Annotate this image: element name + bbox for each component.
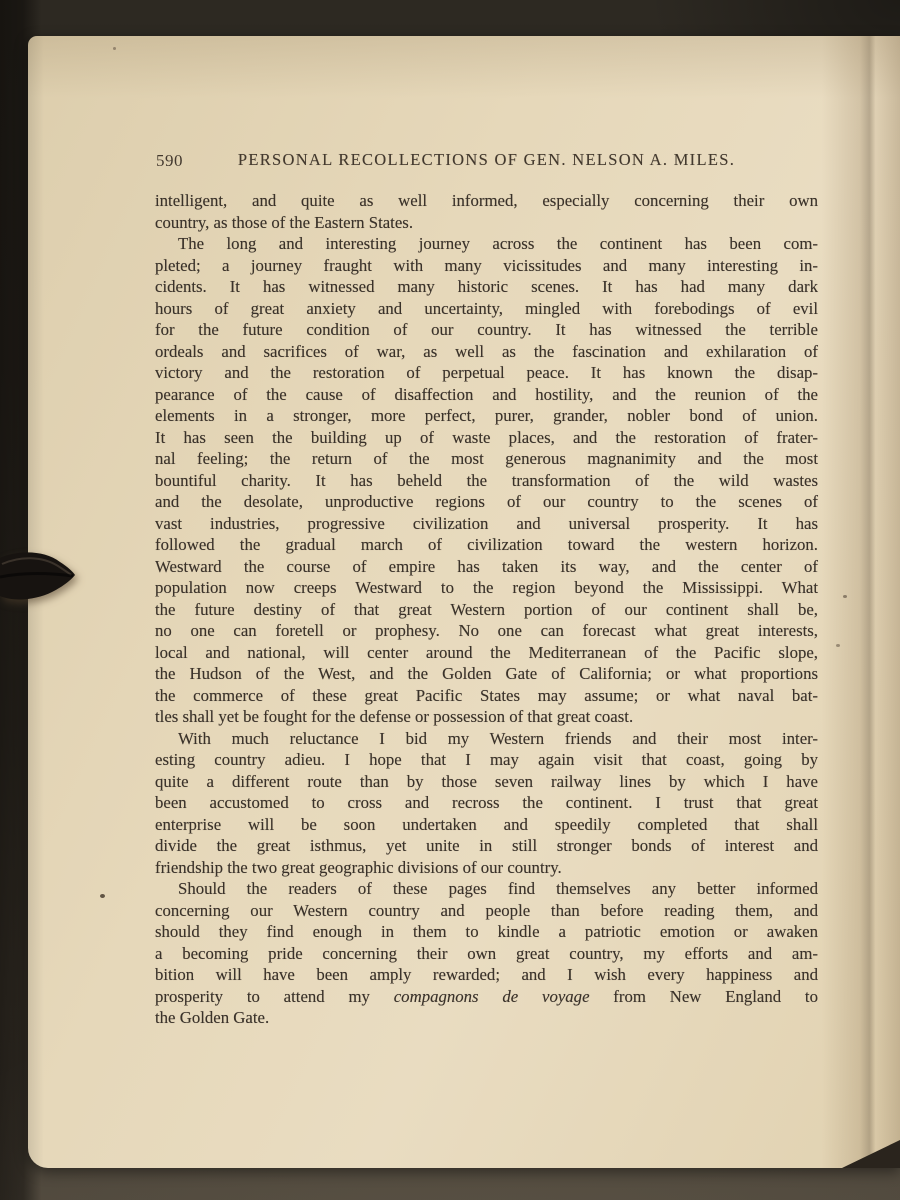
- text-line: friendship the two great geographic divi…: [155, 857, 818, 879]
- text-line: the commerce of these great Pacific Stat…: [155, 685, 818, 707]
- text-line: The long and interesting journey across …: [155, 233, 818, 255]
- text-line: bountiful charity. It has beheld the tra…: [155, 470, 818, 492]
- book-photo-backdrop: 590 PERSONAL RECOLLECTIONS OF GEN. NELSO…: [0, 0, 900, 1200]
- paragraph: With much reluctance I bid my Western fr…: [155, 728, 818, 879]
- text-segment: from New England to: [590, 987, 818, 1006]
- text-segment: prosperity to attend my: [155, 987, 394, 1006]
- text-line: quite a different route than by those se…: [155, 771, 818, 793]
- text-line: bition will have been amply rewarded; an…: [155, 964, 818, 986]
- text-line: victory and the restoration of perpetual…: [155, 362, 818, 384]
- text-line: esting country adieu. I hope that I may …: [155, 749, 818, 771]
- text-line: Should the readers of these pages find t…: [155, 878, 818, 900]
- text-line: the Hudson of the West, and the Golden G…: [155, 663, 818, 685]
- text-line: pearance of the cause of disaffection an…: [155, 384, 818, 406]
- italic-phrase: compagnons de voyage: [394, 987, 590, 1006]
- ink-speck: [113, 47, 116, 50]
- ink-speck: [100, 894, 105, 898]
- paragraph: Should the readers of these pages find t…: [155, 878, 818, 1029]
- text-line: followed the gradual march of civilizati…: [155, 534, 818, 556]
- page-header: 590 PERSONAL RECOLLECTIONS OF GEN. NELSO…: [155, 150, 818, 172]
- ink-speck: [836, 644, 840, 647]
- text-line: no one can foretell or prophesy. No one …: [155, 620, 818, 642]
- text-line: vast industries, progressive civilizatio…: [155, 513, 818, 535]
- text-line: a becoming pride concerning their own gr…: [155, 943, 818, 965]
- page-content: 590 PERSONAL RECOLLECTIONS OF GEN. NELSO…: [155, 150, 818, 1029]
- running-header: PERSONAL RECOLLECTIONS OF GEN. NELSON A.…: [155, 150, 818, 170]
- text-line: concerning our Western country and peopl…: [155, 900, 818, 922]
- text-line: the future destiny of that great Western…: [155, 599, 818, 621]
- text-line: for the future condition of our country.…: [155, 319, 818, 341]
- text-line: enterprise will be soon undertaken and s…: [155, 814, 818, 836]
- text-line: country, as those of the Eastern States.: [155, 212, 818, 234]
- text-line: the Golden Gate.: [155, 1007, 818, 1029]
- text-line: Westward the course of empire has taken …: [155, 556, 818, 578]
- text-line: and the desolate, unproductive regions o…: [155, 491, 818, 513]
- page-number: 590: [156, 151, 183, 171]
- text-line: been accustomed to cross and recross the…: [155, 792, 818, 814]
- text-line: elements in a stronger, more perfect, pu…: [155, 405, 818, 427]
- ink-speck: [843, 595, 847, 598]
- book-page: 590 PERSONAL RECOLLECTIONS OF GEN. NELSO…: [28, 36, 900, 1168]
- book-clip-icon: [0, 546, 88, 606]
- text-line: ordeals and sacrifices of war, as well a…: [155, 341, 818, 363]
- text-line: cidents. It has witnessed many historic …: [155, 276, 818, 298]
- paragraph: intelligent, and quite as well informed,…: [155, 190, 818, 233]
- text-line: With much reluctance I bid my Western fr…: [155, 728, 818, 750]
- text-line: divide the great isthmus, yet unite in s…: [155, 835, 818, 857]
- paragraph: The long and interesting journey across …: [155, 233, 818, 728]
- text-line: should they find enough in them to kindl…: [155, 921, 818, 943]
- text-line: tles shall yet be fought for the defense…: [155, 706, 818, 728]
- text-line: population now creeps Westward to the re…: [155, 577, 818, 599]
- text-line: intelligent, and quite as well informed,…: [155, 190, 818, 212]
- text-line: nal feeling; the return of the most gene…: [155, 448, 818, 470]
- page-body: intelligent, and quite as well informed,…: [155, 190, 818, 1029]
- text-line: local and national, will center around t…: [155, 642, 818, 664]
- text-line: prosperity to attend my compagnons de vo…: [155, 986, 818, 1008]
- text-line: It has seen the building up of waste pla…: [155, 427, 818, 449]
- text-line: hours of great anxiety and uncertainty, …: [155, 298, 818, 320]
- text-line: pleted; a journey fraught with many vici…: [155, 255, 818, 277]
